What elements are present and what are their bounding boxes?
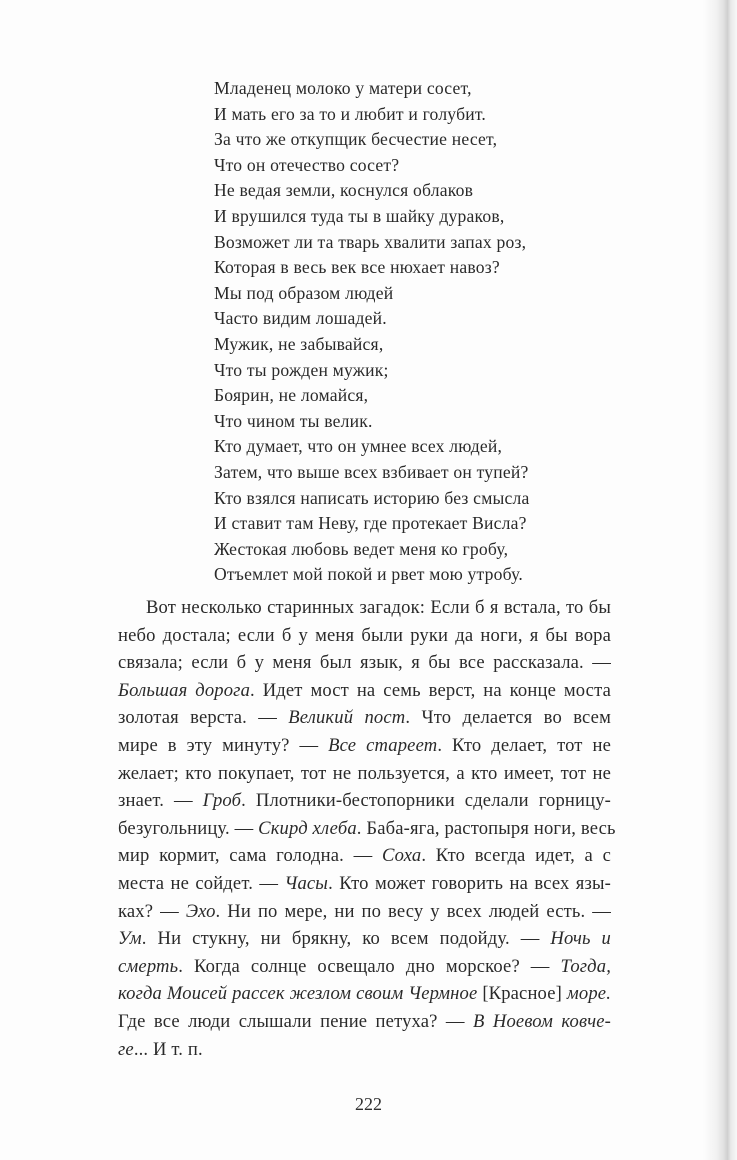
book-spine-shadow — [703, 0, 737, 1160]
text-run: . Плотники-бестопорники сделали горницу- — [241, 790, 611, 811]
text-run: . Баба-яга, растопыря ноги, весь — [357, 818, 616, 839]
verse-line: Младенец молоко у матери сосет, — [214, 76, 614, 102]
poem-block: Младенец молоко у матери сосет,И мать ег… — [214, 76, 614, 588]
text-run: ... И т. п. — [134, 1039, 203, 1060]
verse-line: Кто думает, что он умнее всех людей, — [214, 434, 614, 460]
verse-line: Что ты рожден мужик; — [214, 358, 614, 384]
verse-line: И мать его за то и любит и голубит. — [214, 102, 614, 128]
text-run: безугольницу. — — [118, 818, 258, 839]
prose-line: Ум. Ни стукну, ни брякну, ко всем подойд… — [118, 925, 611, 953]
text-run: . Идет мост на семь верст, на конце мост… — [250, 680, 611, 701]
text-run: Вот несколько старинных загадок: Если б … — [146, 597, 611, 618]
prose-line: желает; кто покупает, тот не пользуется,… — [118, 760, 611, 788]
text-run: . Кто делает, тот не — [437, 735, 611, 756]
verse-line: Возможет ли та тварь хвалити запах роз, — [214, 230, 614, 256]
italic-answer: Ум — [118, 928, 142, 949]
italic-answer: Часы — [285, 873, 329, 894]
text-run: Где все люди слышали пение петуха? — — [118, 1011, 473, 1032]
text-run: . Кто всегда идет, а с — [421, 845, 611, 866]
prose-line: смерть. Когда солнце освещало дно морско… — [118, 953, 611, 981]
verse-line: Часто видим лошадей. — [214, 306, 614, 332]
verse-line: И ставит там Неву, где протекает Висла? — [214, 511, 614, 537]
page-number: 222 — [0, 1094, 737, 1115]
italic-answer: когда Моисей рассек жезлом своим Чермное — [118, 983, 482, 1004]
text-run: . Что делается во всем — [405, 707, 611, 728]
verse-line: Которая в весь век все нюхает навоз? — [214, 255, 614, 281]
verse-line: Отъемлет мой покой и рвет мою утробу. — [214, 562, 614, 588]
riddles-paragraph: Вот несколько старинных загадок: Если б … — [118, 594, 611, 1063]
italic-answer: Великий пост — [288, 707, 405, 728]
italic-answer: Гроб — [203, 790, 241, 811]
text-run: знает. — — [118, 790, 203, 811]
text-run: мир кормит, сама голодна. — — [118, 845, 382, 866]
verse-line: Что чином ты велик. — [214, 409, 614, 435]
prose-line: места не сойдет. — Часы. Кто может говор… — [118, 870, 611, 898]
text-run: . Ни по мере, ни по весу у всех людей ес… — [216, 901, 611, 922]
italic-answer: Соха — [382, 845, 421, 866]
text-run: места не сойдет. — — [118, 873, 285, 894]
italic-answer: В Ноевом ковче- — [473, 1011, 611, 1032]
prose-line: небо достала; если б у меня были руки да… — [118, 622, 611, 650]
text-run: золотая верста. — — [118, 707, 288, 728]
verse-line: Мы под образом людей — [214, 281, 614, 307]
prose-line: ках? — Эхо. Ни по мере, ни по весу у все… — [118, 898, 611, 926]
verse-line: Боярин, не ломайся, — [214, 383, 614, 409]
italic-answer: ге — [118, 1039, 134, 1060]
verse-line: Не ведая земли, коснулся облаков — [214, 178, 614, 204]
italic-answer: Все стареет — [328, 735, 437, 756]
text-run: [Красное] — [482, 983, 562, 1004]
prose-line: мир кормит, сама голодна. — Соха. Кто вс… — [118, 842, 611, 870]
prose-line: Где все люди слышали пение петуха? — В Н… — [118, 1008, 611, 1036]
prose-line: ге... И т. п. — [118, 1036, 611, 1064]
text-run: . Кто может говорить на всех язы- — [328, 873, 611, 894]
text-run: небо достала; если б у меня были руки да… — [118, 625, 611, 646]
prose-line: связала; если б у меня был язык, я бы вс… — [118, 649, 611, 677]
prose-line: мире в эту минуту? — Все стареет. Кто де… — [118, 732, 611, 760]
italic-answer: Ночь и — [550, 928, 611, 949]
italic-answer: Большая дорога — [118, 680, 250, 701]
prose-line: знает. — Гроб. Плотники-бестопорники сде… — [118, 787, 611, 815]
prose-line: когда Моисей рассек жезлом своим Чермное… — [118, 980, 611, 1008]
verse-line: Затем, что выше всех взбивает он тупей? — [214, 460, 614, 486]
italic-answer: Тогда, — [561, 956, 611, 977]
prose-line: Вот несколько старинных загадок: Если б … — [118, 594, 611, 622]
verse-line: И врушился туда ты в шайку дураков, — [214, 204, 614, 230]
italic-answer: Скирд хлеба — [258, 818, 357, 839]
text-run: . Ни стукну, ни брякну, ко всем подойду.… — [142, 928, 551, 949]
italic-answer: море. — [562, 983, 611, 1004]
prose-line: безугольницу. — Скирд хлеба. Баба-яга, р… — [118, 815, 611, 843]
italic-answer: Эхо — [186, 901, 216, 922]
text-run: мире в эту минуту? — — [118, 735, 328, 756]
verse-line: Мужик, не забывайся, — [214, 332, 614, 358]
verse-line: За что же откупщик бесчестие несет, — [214, 127, 614, 153]
text-run: связала; если б у меня был язык, я бы вс… — [118, 652, 611, 673]
italic-answer: смерть — [118, 956, 178, 977]
prose-line: Большая дорога. Идет мост на семь верст,… — [118, 677, 611, 705]
verse-line: Что он отечество сосет? — [214, 153, 614, 179]
text-run: . Когда солнце освещало дно морское? — — [178, 956, 560, 977]
text-run: ках? — — [118, 901, 186, 922]
verse-line: Кто взялся написать историю без смысла — [214, 486, 614, 512]
text-run: желает; кто покупает, тот не пользуется,… — [118, 763, 611, 784]
verse-line: Жестокая любовь ведет меня ко гробу, — [214, 537, 614, 563]
prose-line: золотая верста. — Великий пост. Что дела… — [118, 704, 611, 732]
